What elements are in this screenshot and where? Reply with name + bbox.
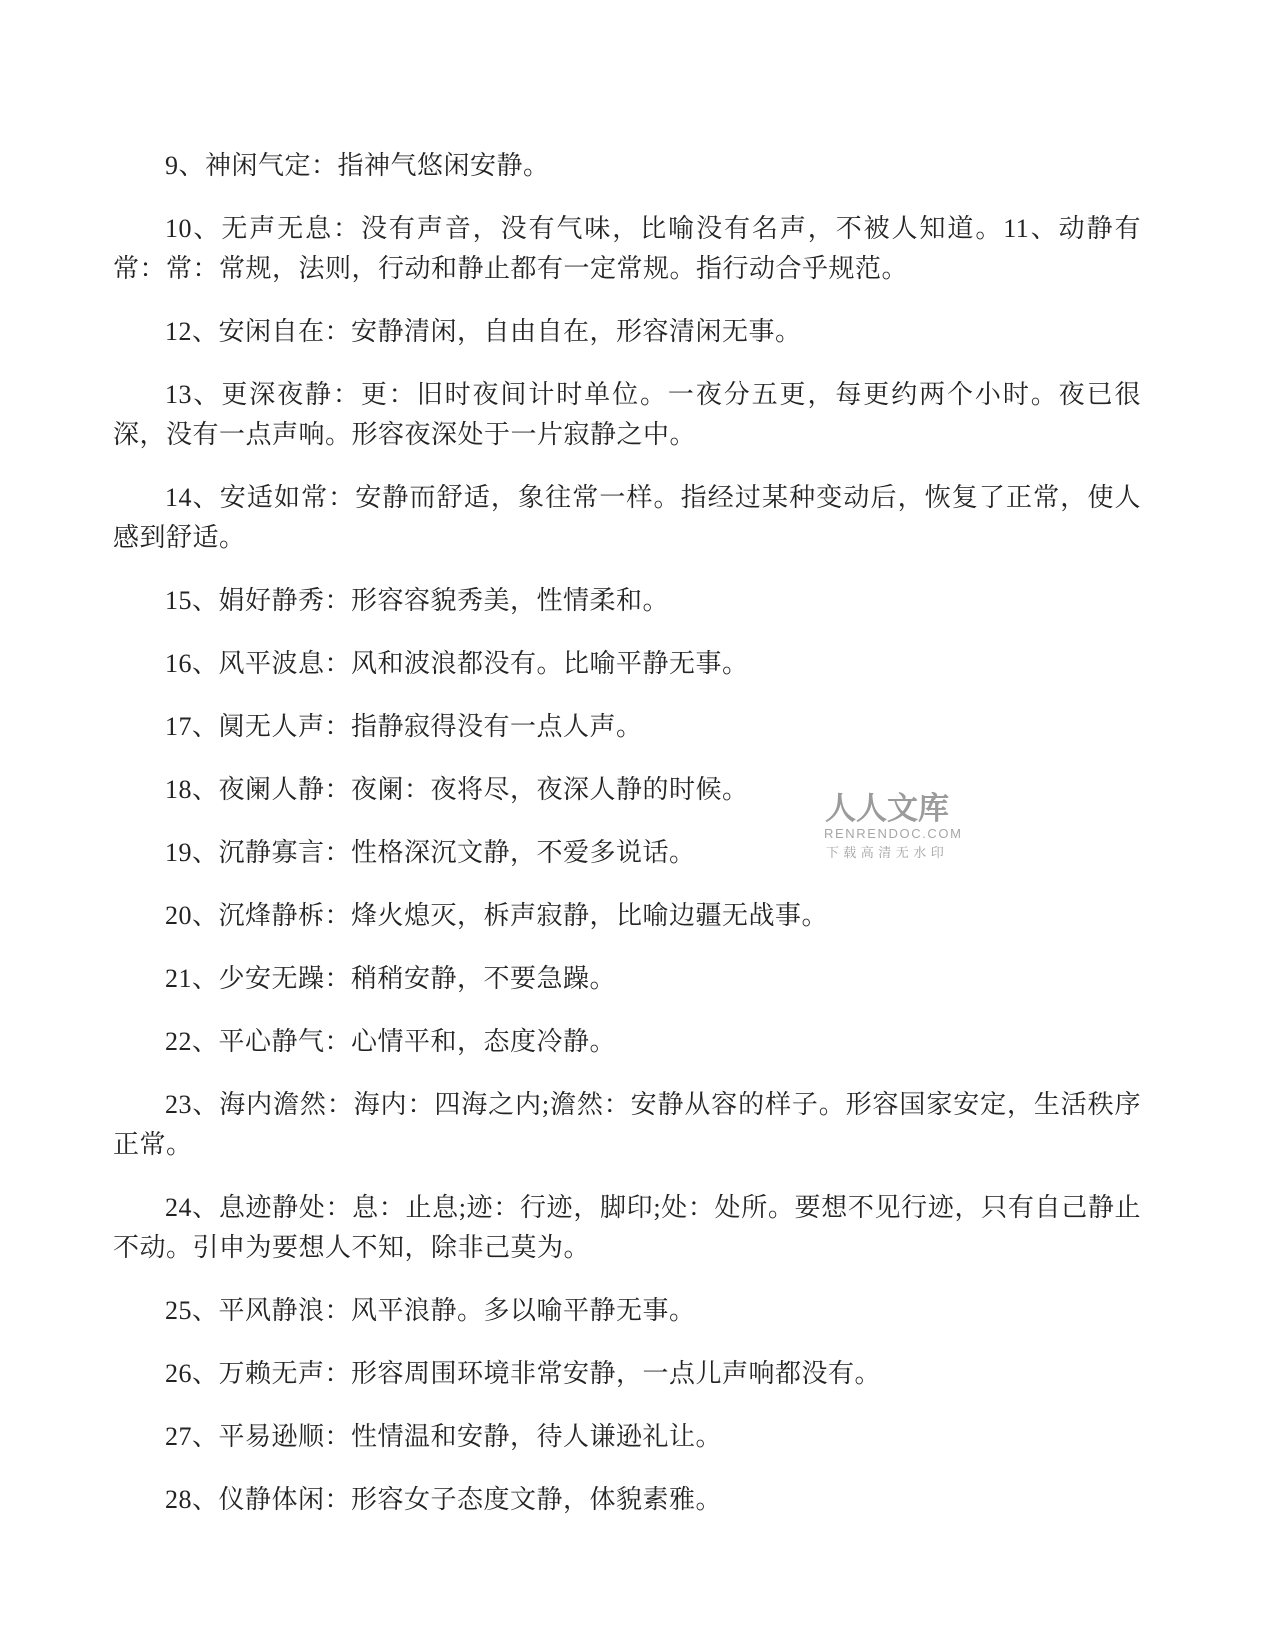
idiom-paragraph: 17、阒无人声：指静寂得没有一点人声。 [113,707,1141,747]
idiom-paragraph: 12、安闲自在：安静清闲，自由自在，形容清闲无事。 [113,312,1141,352]
idiom-paragraph: 26、万赖无声：形容周围环境非常安静，一点儿声响都没有。 [113,1354,1141,1394]
idiom-paragraph: 19、沉静寡言：性格深沉文静，不爱多说话。 [113,833,1141,873]
idiom-paragraph: 16、风平波息：风和波浪都没有。比喻平静无事。 [113,644,1141,684]
idiom-paragraph: 27、平易逊顺：性情温和安静，待人谦逊礼让。 [113,1417,1141,1457]
idiom-paragraph: 24、息迹静处：息：止息;迹：行迹，脚印;处：处所。要想不见行迹，只有自己静止不… [113,1188,1141,1268]
idiom-paragraph: 22、平心静气：心情平和，态度冷静。 [113,1022,1141,1062]
idiom-paragraph: 18、夜阑人静：夜阑：夜将尽，夜深人静的时候。 [113,770,1141,810]
idiom-paragraph: 14、安适如常：安静而舒适，象往常一样。指经过某种变动后，恢复了正常，使人感到舒… [113,478,1141,558]
idiom-paragraph: 10、无声无息：没有声音，没有气味，比喻没有名声，不被人知道。11、动静有常：常… [113,209,1141,289]
idiom-paragraph: 9、神闲气定：指神气悠闲安静。 [113,146,1141,186]
idiom-paragraph: 21、少安无躁：稍稍安静，不要急躁。 [113,959,1141,999]
idiom-paragraph: 20、沉烽静柝：烽火熄灭，柝声寂静，比喻边疆无战事。 [113,896,1141,936]
idiom-paragraph: 13、更深夜静：更：旧时夜间计时单位。一夜分五更，每更约两个小时。夜已很深，没有… [113,375,1141,455]
document-page: 9、神闲气定：指神气悠闲安静。 10、无声无息：没有声音，没有气味，比喻没有名声… [0,0,1275,1650]
idiom-paragraph: 23、海内澹然：海内：四海之内;澹然：安静从容的样子。形容国家安定，生活秩序正常… [113,1085,1141,1165]
idiom-paragraph: 28、仪静体闲：形容女子态度文静，体貌素雅。 [113,1480,1141,1520]
idiom-paragraph: 25、平风静浪：风平浪静。多以喻平静无事。 [113,1291,1141,1331]
document-text-body: 9、神闲气定：指神气悠闲安静。 10、无声无息：没有声音，没有气味，比喻没有名声… [113,146,1141,1543]
idiom-paragraph: 15、娟好静秀：形容容貌秀美，性情柔和。 [113,581,1141,621]
